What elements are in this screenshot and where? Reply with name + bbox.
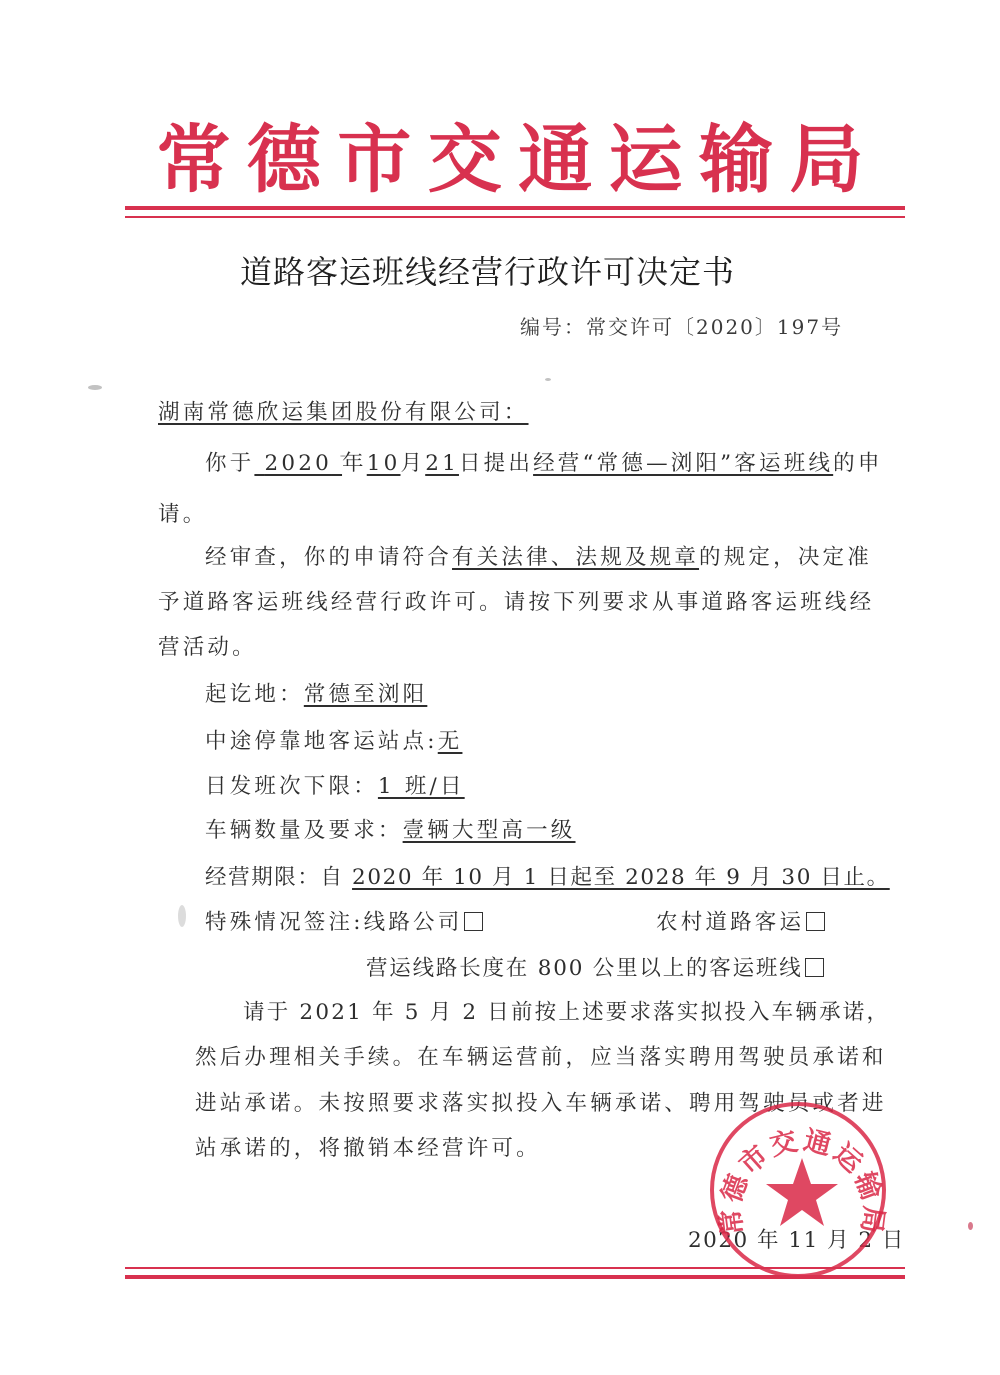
paragraph-2-line-2: 予道路客运班线经营行政许可。请按下列要求从事道路客运班线经 xyxy=(158,588,874,618)
field-label: 日发班次下限： xyxy=(205,774,378,799)
letterhead-char: 交 xyxy=(421,118,508,202)
field-label: 起讫地： xyxy=(205,682,304,707)
paragraph-3-line-4: 站承诺的，将撤销本经营许可。 xyxy=(195,1134,541,1164)
recipient: 湖南常德欣运集团股份有限公司： xyxy=(158,398,529,428)
footer-rule-thin xyxy=(125,1267,905,1269)
document-number: 编号：常交许可〔2020〕197号 xyxy=(520,312,843,342)
recipient-name: 湖南常德欣运集团股份有限公司： xyxy=(158,400,529,425)
scan-speck xyxy=(88,385,102,390)
seal-text: 常德市交通运输局 xyxy=(715,1125,889,1238)
field-label: 车辆数量及要求： xyxy=(205,818,403,843)
application-year: 2020 xyxy=(254,451,342,476)
field-value: 常德至浏阳 xyxy=(304,682,428,707)
field-label: 经营期限：自 xyxy=(205,865,352,890)
special-notes-row-1: 特殊情况签注:线路公司 xyxy=(205,908,483,938)
option-rural-label: 农村道路客运 xyxy=(656,910,804,935)
text: 经审查，你的申请符合 xyxy=(205,545,452,570)
letterhead-char: 德 xyxy=(240,118,327,202)
document-number-label: 编号： xyxy=(520,315,586,339)
paragraph-1-line-1: 你于 2020 年10月21日提出经营“常德—浏阳”客运班线的申 xyxy=(205,449,883,479)
field-value: 无 xyxy=(438,729,463,754)
field-operating-period: 经营期限：自 2020 年 10 月 1 日起至 2028 年 9 月 30 日… xyxy=(205,863,890,893)
footer-rule-thick xyxy=(125,1275,905,1279)
text: 的申 xyxy=(833,451,882,476)
long-route-checkbox[interactable] xyxy=(805,958,824,977)
issue-date: 2020 年 11 月 2 日 xyxy=(688,1226,905,1256)
field-value: 2020 年 10 月 1 日起至 2028 年 9 月 30 日止。 xyxy=(352,865,890,890)
scan-speck xyxy=(178,905,186,927)
scan-speck xyxy=(968,1222,973,1230)
paragraph-3-line-3: 进站承诺。未按照要求落实拟投入车辆承诺、聘用驾驶员或者进 xyxy=(195,1089,887,1119)
letterhead-char: 运 xyxy=(602,118,689,202)
letterhead-org-name: 常 德 市 交 通 运 输 局 xyxy=(150,118,870,202)
route-company-checkbox[interactable] xyxy=(464,912,483,931)
special-notes-row-2: 营运线路长度在 800 公里以上的客运班线 xyxy=(366,954,824,984)
text: 的规定，决定准 xyxy=(699,545,872,570)
special-notes-rural: 农村道路客运 xyxy=(656,908,825,938)
route-request: 经营“常德—浏阳”客运班线 xyxy=(533,451,833,476)
field-label: 中途停靠地客运站点: xyxy=(205,729,438,754)
option-long-route-label: 营运线路长度在 800 公里以上的客运班线 xyxy=(366,956,803,981)
document-title: 道路客运班线经营行政许可决定书 xyxy=(240,250,800,294)
paragraph-2-line-1: 经审查，你的申请符合有关法律、法规及规章的规定，决定准 xyxy=(205,543,872,573)
legal-basis: 有关法律、法规及规章 xyxy=(452,545,699,570)
paragraph-2-line-3: 营活动。 xyxy=(158,633,257,663)
text: 日提出 xyxy=(459,451,533,476)
paragraph-3-line-1: 请于 2021 年 5 月 2 日前按上述要求落实拟投入车辆承诺， xyxy=(243,998,890,1028)
field-daily-min-trips: 日发班次下限：1 班/日 xyxy=(205,772,465,802)
paragraph-3-line-2: 然后办理相关手续。在车辆运营前，应当落实聘用驾驶员承诺和 xyxy=(195,1043,887,1073)
text: 月 xyxy=(401,451,426,476)
rural-road-checkbox[interactable] xyxy=(806,912,825,931)
option-route-company-label: 线路公司 xyxy=(364,910,463,935)
field-value: 壹辆大型高一级 xyxy=(403,818,576,843)
scan-speck xyxy=(340,455,346,457)
header-rule-thick xyxy=(125,206,905,210)
letterhead-char: 市 xyxy=(331,118,418,202)
letterhead-char: 常 xyxy=(150,118,237,202)
letterhead-char: 输 xyxy=(693,118,780,202)
header-rule-thin xyxy=(125,216,905,218)
field-value: 1 班/日 xyxy=(378,774,465,799)
letterhead-char: 局 xyxy=(783,118,870,202)
special-notes-label: 特殊情况签注: xyxy=(205,910,364,935)
field-vehicle-requirements: 车辆数量及要求：壹辆大型高一级 xyxy=(205,816,576,846)
svg-text:常德市交通运输局: 常德市交通运输局 xyxy=(715,1125,889,1238)
paragraph-1-line-2: 请。 xyxy=(158,500,207,530)
text: 你于 xyxy=(205,451,254,476)
scan-speck xyxy=(545,378,551,381)
field-intermediate-stops: 中途停靠地客运站点:无 xyxy=(205,727,462,757)
field-origin-destination: 起讫地：常德至浏阳 xyxy=(205,680,427,710)
document-number-value: 常交许可〔2020〕197号 xyxy=(586,315,843,339)
application-month: 10 xyxy=(367,451,401,476)
star-icon xyxy=(766,1158,838,1226)
text: 2020 xyxy=(264,451,332,476)
letterhead-char: 通 xyxy=(512,118,599,202)
application-day: 21 xyxy=(425,451,459,476)
